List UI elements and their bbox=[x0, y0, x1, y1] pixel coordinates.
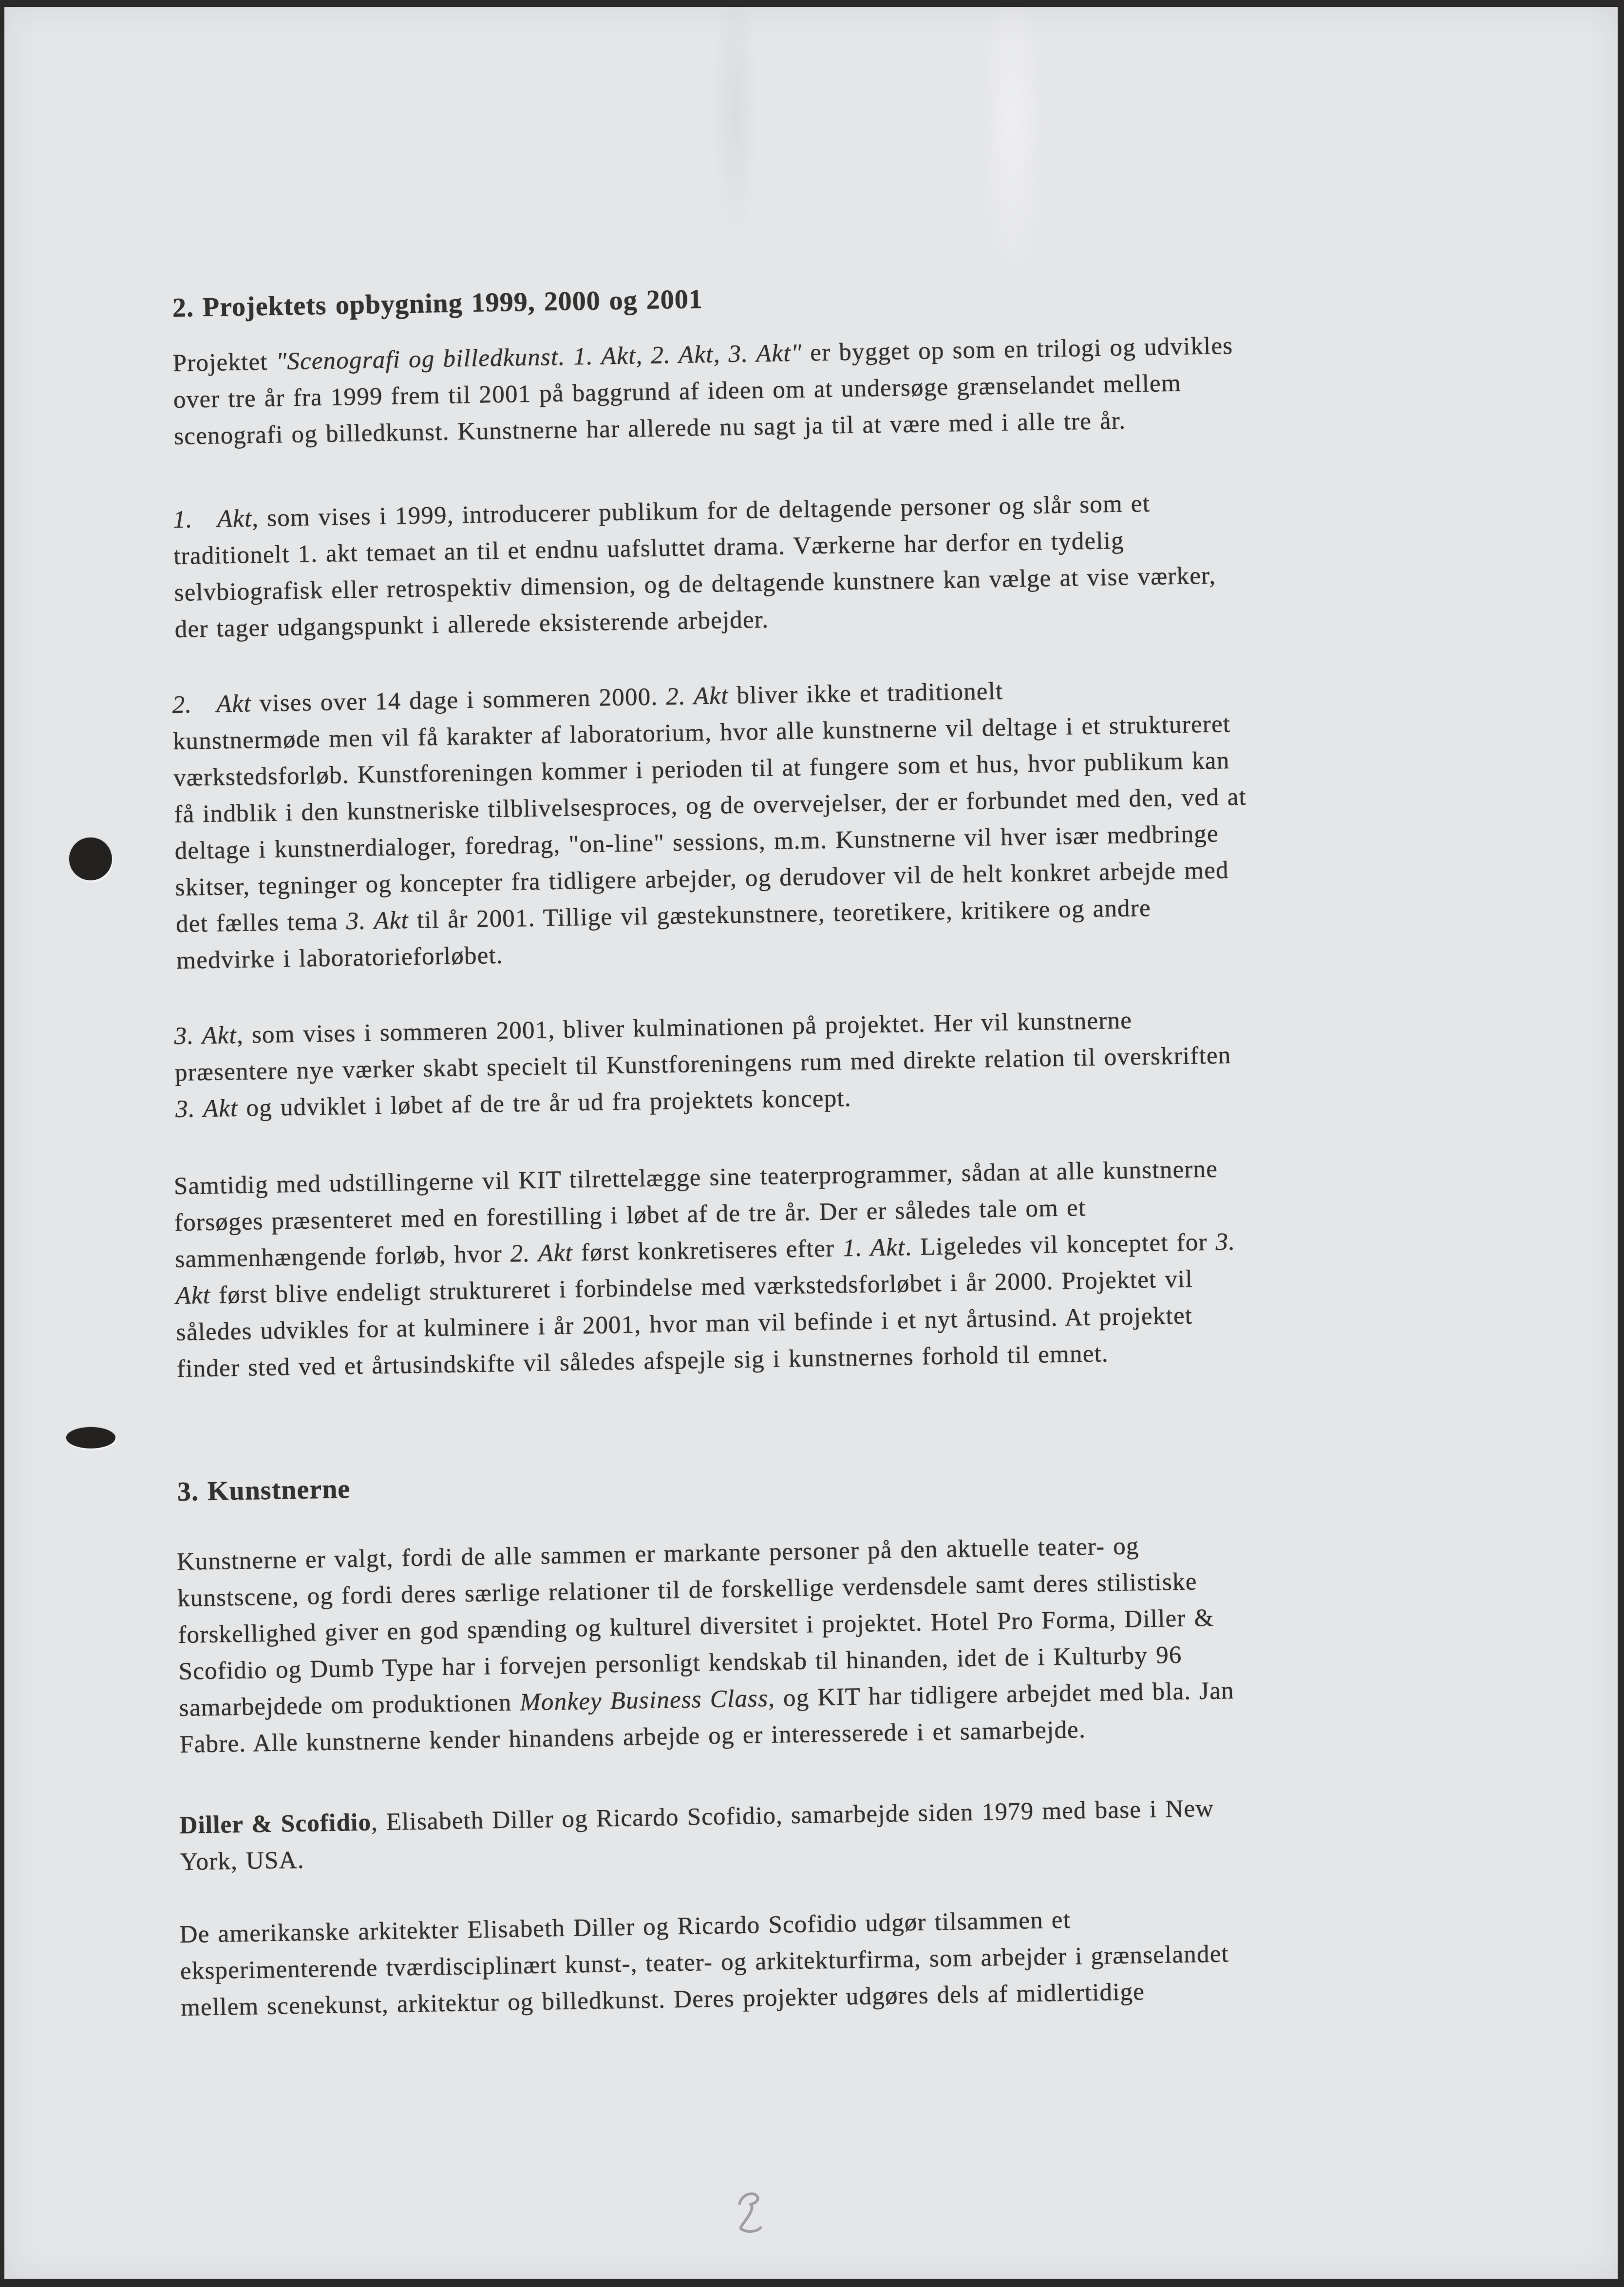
section-heading: 2. Projektets opbygning 1999, 2000 og 20… bbox=[172, 280, 703, 327]
paragraph: De amerikanske arkitekter Elisabeth Dill… bbox=[179, 1899, 1230, 2026]
paragraph: Kunstnerne er valgt, fordi de alle samme… bbox=[176, 1526, 1235, 1763]
paragraph: 1. Akt, som vises i 1999, introducerer p… bbox=[173, 485, 1217, 648]
section-heading: 3. Kunstnerne bbox=[177, 1469, 350, 1511]
hole-punch-bottom bbox=[66, 1427, 115, 1448]
paragraph: Diller & Scofidio, Elisabeth Diller og R… bbox=[179, 1791, 1215, 1881]
text-line: 3. Kunstnerne bbox=[177, 1469, 350, 1511]
pencil-stroke bbox=[739, 2194, 760, 2231]
hole-punch-top bbox=[69, 838, 112, 880]
text-line: 2. Projektets opbygning 1999, 2000 og 20… bbox=[172, 280, 703, 327]
page-text: 2. Projektets opbygning 1999, 2000 og 20… bbox=[4, 7, 1618, 2279]
paragraph: 2. Akt vises over 14 dage i sommeren 200… bbox=[172, 669, 1249, 979]
paragraph: Samtidig med udstillingerne vil KIT tilr… bbox=[173, 1151, 1237, 1388]
handwritten-page-number bbox=[734, 2190, 769, 2237]
document-page: 2. Projektets opbygning 1999, 2000 og 20… bbox=[4, 7, 1618, 2279]
paragraph: 3. Akt, som vises i sommeren 2001, blive… bbox=[174, 1001, 1232, 1128]
scanner-background: 2. Projektets opbygning 1999, 2000 og 20… bbox=[0, 0, 1624, 2287]
paragraph: Projektet "Scenografi og billedkunst. 1.… bbox=[172, 328, 1234, 455]
